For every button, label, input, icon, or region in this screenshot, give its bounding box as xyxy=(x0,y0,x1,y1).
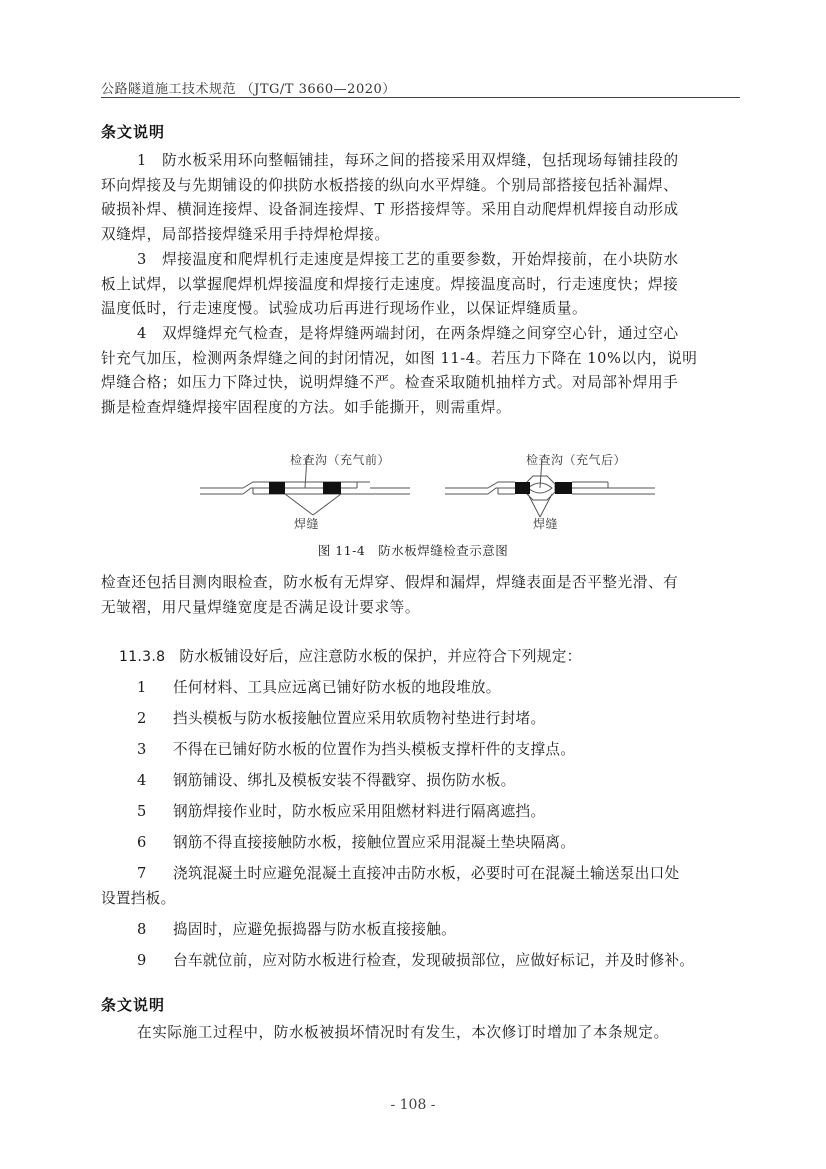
clause-item-2: 2挡头模板与防水板接触位置应采用软质物衬垫进行封堵。 xyxy=(101,707,761,731)
item-number: 8 xyxy=(101,918,173,942)
item-number: 9 xyxy=(101,949,173,973)
para-line: 双缝焊，局部搭接焊缝采用手持焊枪焊接。 xyxy=(101,223,741,248)
para-line: 撕是检查焊缝焊接牢固程度的方法。如手能撕开，则需重焊。 xyxy=(101,396,741,421)
para-line: 检查还包括目测肉眼检查，防水板有无焊穿、假焊和漏焊，焊缝表面是否平整光滑、有 xyxy=(101,571,741,596)
section-heading-explanation: 条文说明 xyxy=(101,121,165,142)
page-number: - 108 - xyxy=(0,1097,826,1113)
para-line: 无皱褶，用尺量焊缝宽度是否满足设计要求等。 xyxy=(101,596,741,621)
clause-item-1: 1任何材料、工具应远离已铺好防水板的地段堆放。 xyxy=(101,676,761,700)
item-number: 5 xyxy=(101,800,173,824)
clause-title-line: 11.3.8防水板铺设好后，应注意防水板的保护，并应符合下列规定： xyxy=(119,645,779,669)
clause-item-4: 4钢筋铺设、绑扎及模板安装不得戳穿、损伤防水板。 xyxy=(101,769,761,793)
explanation-paragraph-final: 在实际施工过程中，防水板被损坏情况时有发生，本次修订时增加了本条规定。 xyxy=(101,1021,777,1046)
clause-item-5: 5钢筋焊接作业时，防水板应采用阻燃材料进行隔离遮挡。 xyxy=(101,800,761,824)
para-line: 板上试焊，以掌握爬焊机焊接温度和焊接行走速度。焊接温度高时，行走速度快；焊接 xyxy=(101,273,741,298)
item-number: 2 xyxy=(101,707,173,731)
section-heading-explanation-2: 条文说明 xyxy=(101,994,165,1015)
clause-title: 防水板铺设好后，应注意防水板的保护，并应符合下列规定： xyxy=(179,648,581,665)
label-weld-left: 焊缝 xyxy=(294,515,319,532)
item-text: 不得在已铺好防水板的位置作为挡头模板支撑杆件的支撑点。 xyxy=(173,741,575,758)
para-line: 针充气加压，检测两条焊缝之间的封闭情况，如图 11-4。若压力下降在 10%以内… xyxy=(101,347,741,372)
item-text: 捣固时，应避免振捣器与防水板直接接触。 xyxy=(173,921,456,938)
after-figure-paragraph: 检查还包括目测肉眼检查，防水板有无焊穿、假焊和漏焊，焊缝表面是否平整光滑、有 无… xyxy=(101,571,741,620)
item-text: 钢筋焊接作业时，防水板应采用阻燃材料进行隔离遮挡。 xyxy=(173,803,545,820)
para-line: 温度低时，行走速度慢。试验成功后再进行现场作业，以保证焊缝质量。 xyxy=(101,297,741,322)
clause-item-3: 3不得在已铺好防水板的位置作为挡头模板支撑杆件的支撑点。 xyxy=(101,738,761,762)
para-line: 环向焊接及与先期铺设的仰拱防水板搭接的纵向水平焊缝。个别局部搭接包括补漏焊、 xyxy=(101,174,741,199)
label-weld-right: 焊缝 xyxy=(533,515,558,532)
para-line: 3 焊接温度和爬焊机行走速度是焊接工艺的重要参数，开始焊接前，在小块防水 xyxy=(101,248,741,273)
para-line: 4 双焊缝焊充气检查，是将焊缝两端封闭，在两条焊缝之间穿空心针，通过空心 xyxy=(101,322,741,347)
item-text: 钢筋不得直接接触防水板，接触位置应采用混凝土垫块隔离。 xyxy=(173,834,575,851)
clause-item-7-continuation: 设置挡板。 xyxy=(101,887,761,911)
item-text: 钢筋铺设、绑扎及模板安装不得戳穿、损伤防水板。 xyxy=(173,772,516,789)
explanation-paragraph-3: 3 焊接温度和爬焊机行走速度是焊接工艺的重要参数，开始焊接前，在小块防水 板上试… xyxy=(101,248,741,322)
para-line: 1 防水板采用环向整幅铺挂，每环之间的搭接采用双焊缝，包括现场每铺挂段的 xyxy=(101,149,741,174)
item-number: 1 xyxy=(101,676,173,700)
explanation-paragraph-1: 1 防水板采用环向整幅铺挂，每环之间的搭接采用双焊缝，包括现场每铺挂段的 环向焊… xyxy=(101,149,741,247)
item-number: 6 xyxy=(101,831,173,855)
item-text: 挡头模板与防水板接触位置应采用软质物衬垫进行封堵。 xyxy=(173,710,545,727)
item-text: 台车就位前，应对防水板进行检查，发现破损部位，应做好标记，并及时修补。 xyxy=(173,952,694,969)
label-check-groove-before: 检查沟（充气前） xyxy=(290,451,390,468)
item-text: 浇筑混凝土时应避免混凝土直接冲击防水板，必要时可在混凝土输送泵出口处 xyxy=(173,865,679,882)
figure-caption: 图 11-4 防水板焊缝检查示意图 xyxy=(0,541,826,559)
clause-number: 11.3.8 xyxy=(119,649,165,665)
running-header: 公路隧道施工技术规范 （JTG/T 3660—2020） xyxy=(101,78,396,97)
clause-item-9: 9台车就位前，应对防水板进行检查，发现破损部位，应做好标记，并及时修补。 xyxy=(101,949,761,973)
para-line: 破损补焊、横洞连接焊、设备洞连接焊、T 形搭接焊等。采用自动爬焊机焊接自动形成 xyxy=(101,198,741,223)
item-number: 3 xyxy=(101,738,173,762)
para-line: 焊缝合格；如压力下降过快，说明焊缝不严。检查采取随机抽样方式。对局部补焊用手 xyxy=(101,371,741,396)
label-check-groove-after: 检查沟（充气后） xyxy=(526,451,626,468)
clause-item-6: 6钢筋不得直接接触防水板，接触位置应采用混凝土垫块隔离。 xyxy=(101,831,761,855)
explanation-paragraph-4: 4 双焊缝焊充气检查，是将焊缝两端封闭，在两条焊缝之间穿空心针，通过空心 针充气… xyxy=(101,322,741,420)
item-text: 任何材料、工具应远离已铺好防水板的地段堆放。 xyxy=(173,679,501,696)
clause-item-8: 8捣固时，应避免振捣器与防水板直接接触。 xyxy=(101,918,761,942)
item-number: 7 xyxy=(101,862,173,886)
clause-item-7: 7浇筑混凝土时应避免混凝土直接冲击防水板，必要时可在混凝土输送泵出口处 xyxy=(101,862,761,886)
item-number: 4 xyxy=(101,769,173,793)
header-rule xyxy=(101,97,740,98)
